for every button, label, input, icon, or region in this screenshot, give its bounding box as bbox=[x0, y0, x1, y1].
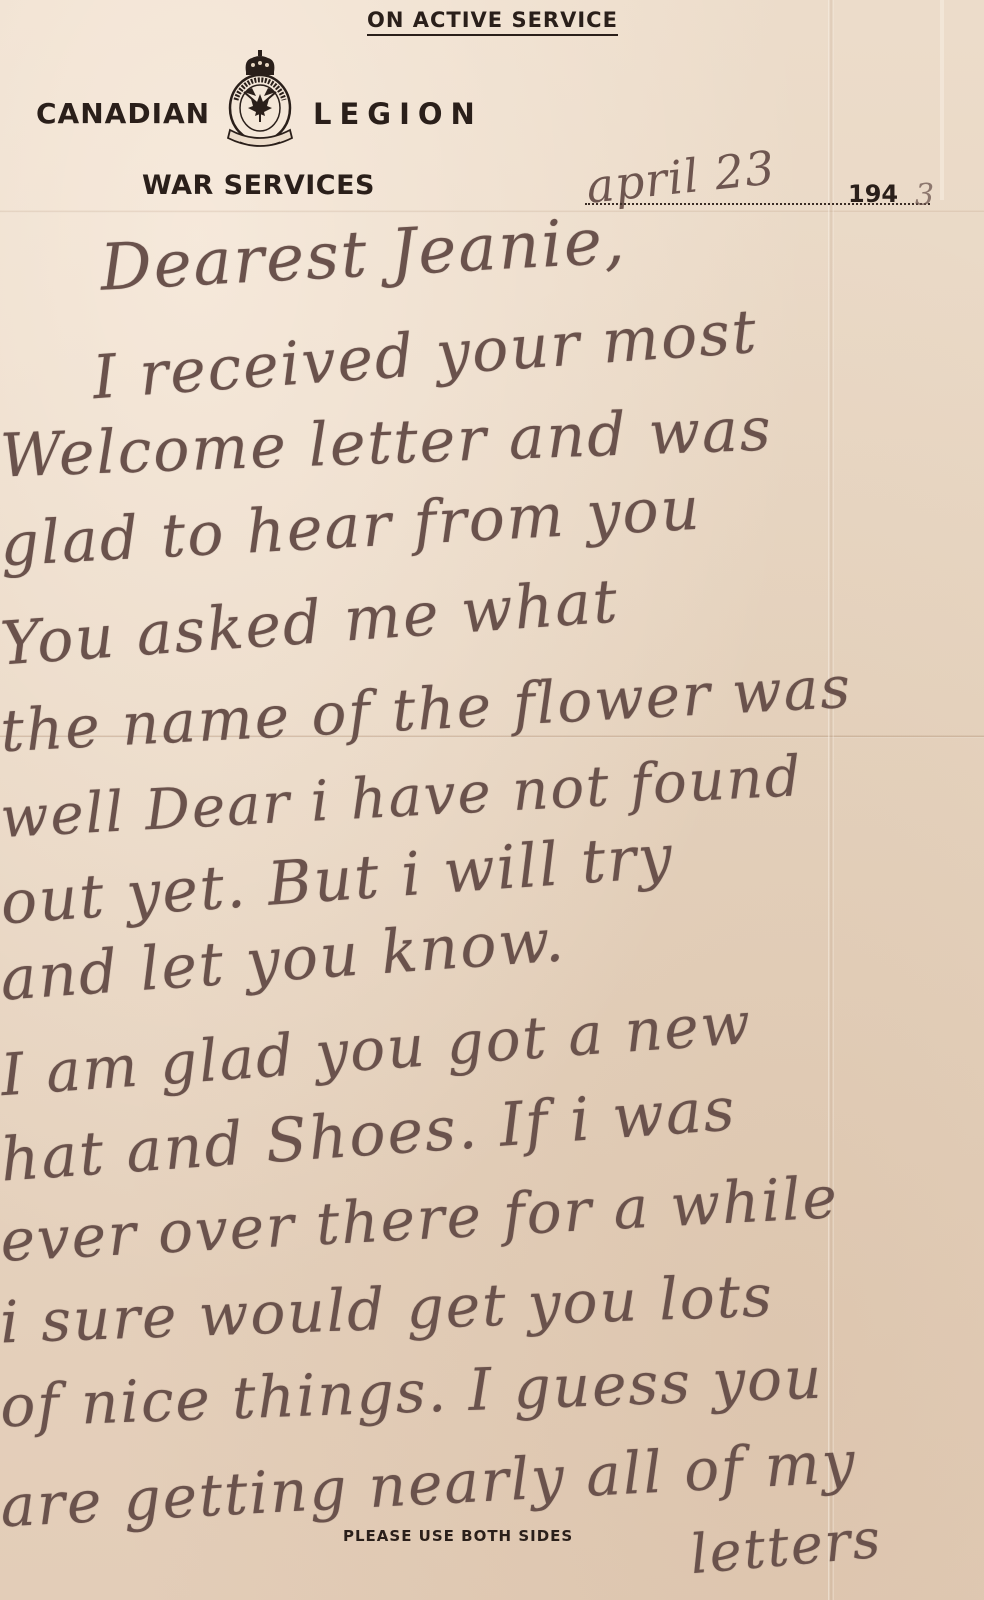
org-name-legion: LEGION bbox=[313, 97, 483, 131]
please-use-both-sides-footer: PLEASE USE BOTH SIDES bbox=[343, 1527, 573, 1545]
vertical-fold-line bbox=[828, 0, 834, 1600]
paper-crease bbox=[940, 0, 944, 200]
on-active-service-banner: ON ACTIVE SERVICE bbox=[367, 8, 618, 36]
printed-year-prefix: 194 bbox=[848, 180, 898, 208]
letter-line-1: I received your most bbox=[90, 297, 760, 413]
handwritten-year-suffix: 3 bbox=[915, 178, 934, 213]
letter-line-13: of nice things. I guess you bbox=[0, 1344, 824, 1441]
letter-line-3: glad to hear from you bbox=[0, 474, 703, 581]
legion-crest-icon bbox=[222, 50, 298, 154]
letter-line-12: i sure would get you lots bbox=[0, 1262, 775, 1357]
letter-line-15: letters bbox=[688, 1507, 885, 1587]
war-services-label: WAR SERVICES bbox=[142, 170, 375, 201]
salutation: Dearest Jeanie, bbox=[98, 204, 627, 305]
letter-line-6: well Dear i have not found bbox=[0, 744, 804, 851]
letter-line-4: You asked me what bbox=[0, 566, 621, 679]
org-name-canadian: CANADIAN bbox=[36, 97, 210, 130]
